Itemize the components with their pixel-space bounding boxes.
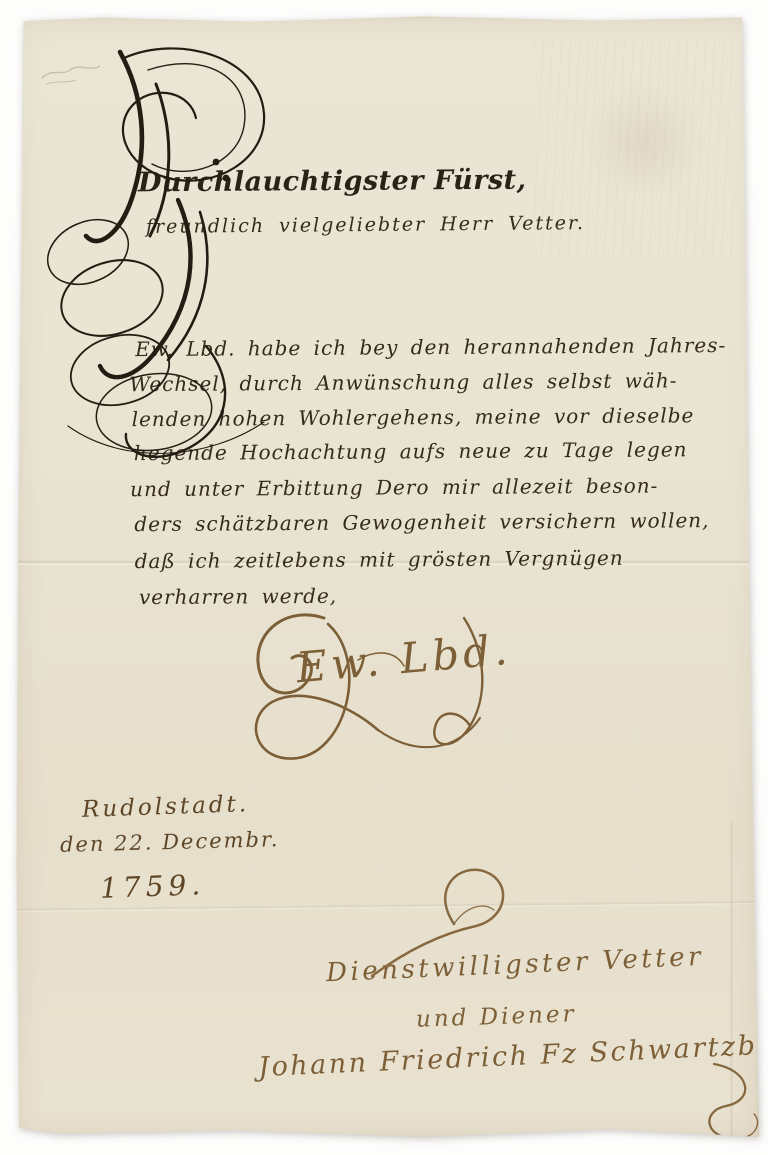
body-line: daß ich zeitlebens mit grösten Vergnügen [135, 539, 753, 578]
body-line: und unter Erbittung Dero mir allezeit be… [130, 468, 748, 507]
courtesy-formula-flourish [228, 600, 508, 780]
body-line: ders schätzbaren Gewogenheit versichern … [134, 503, 752, 542]
signature-name: Johann Friedrich Fz Schwartzburg [258, 1028, 768, 1083]
closing-flourish [350, 860, 530, 980]
letter-paper: Durchlauchtigster Fürst, freundlich viel… [14, 16, 759, 1138]
calligraphic-initial-flourish [28, 40, 288, 470]
dateline-year: 1759. [99, 868, 205, 905]
dateline-date: den 22. Decembr. [60, 827, 280, 857]
closing-line-2: und Diener [416, 1001, 577, 1033]
paper-stain [554, 56, 734, 226]
signature-paraph-flourish [696, 1056, 768, 1152]
dateline-place: Rudolstadt. [82, 791, 250, 823]
scan-background: Durchlauchtigster Fürst, freundlich viel… [0, 0, 768, 1155]
